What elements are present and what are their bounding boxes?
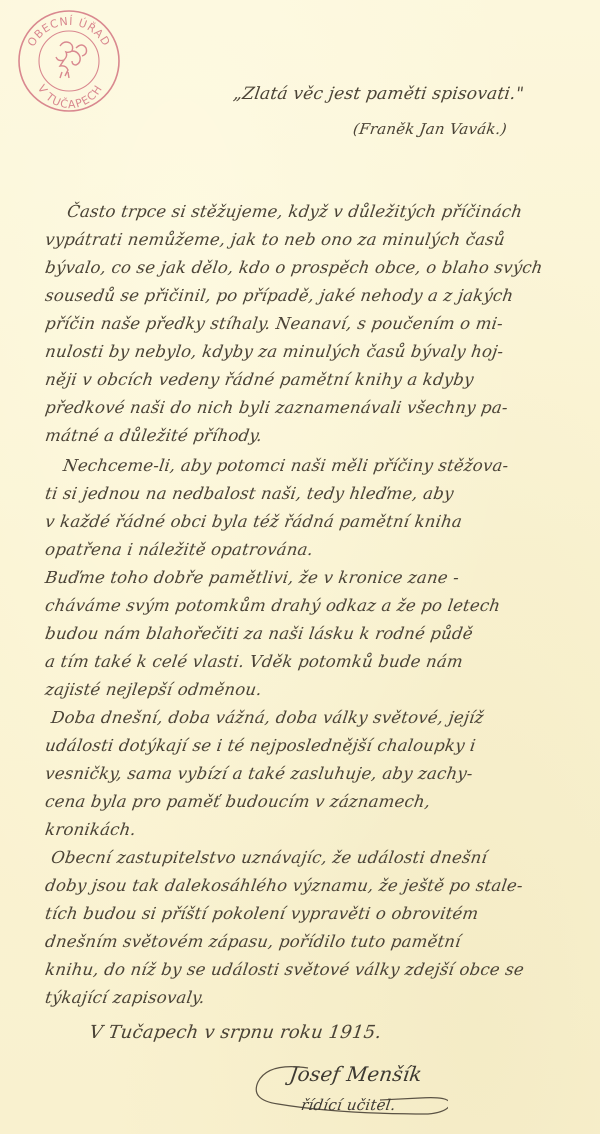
body-line: týkající zapisovaly. bbox=[44, 988, 206, 1007]
body-line: vypátrati nemůžeme, jak to neb ono za mi… bbox=[44, 230, 506, 249]
svg-text:OBECNÍ ÚŘAD: OBECNÍ ÚŘAD bbox=[25, 15, 113, 49]
body-line: cháváme svým potomkům drahý odkaz a že p… bbox=[44, 596, 502, 615]
body-line: v každé řádné obci byla též řádná pamětn… bbox=[44, 512, 463, 531]
body-line: příčin naše předky stíhaly. Neanaví, s p… bbox=[44, 314, 504, 333]
body-line: a tím také k celé vlasti. Vděk potomků b… bbox=[44, 652, 464, 671]
body-line: Obecní zastupitelstvo uznávajíc, že udál… bbox=[50, 848, 488, 867]
body-line: ti si jednou na nedbalost naši, tedy hle… bbox=[44, 484, 455, 503]
stamp-text-bottom: V TUČAPECH bbox=[35, 82, 105, 111]
body-line: Doba dnešní, doba vážná, doba války svět… bbox=[50, 708, 485, 727]
body-line: předkové naši do nich byli zaznamenávali… bbox=[44, 398, 509, 417]
signature-name: Josef Menšík bbox=[288, 1062, 424, 1086]
manuscript-page: OBECNÍ ÚŘAD V TUČAPECH „Zlatá věc jest p… bbox=[0, 0, 600, 1134]
body-line: něji v obcích vedeny řádné pamětní knihy… bbox=[44, 370, 475, 389]
motto-attribution: (Franěk Jan Vavák.) bbox=[352, 120, 508, 138]
body-line: Nechceme-li, aby potomci naši měli příči… bbox=[62, 456, 510, 475]
signature-title: řídící učitel. bbox=[300, 1096, 397, 1114]
body-line: vesničky, sama vybízí a také zasluhuje, … bbox=[44, 764, 474, 783]
place-date: V Tučapech v srpnu roku 1915. bbox=[88, 1022, 383, 1043]
body-line: sousedů se přičinil, po případě, jaké ne… bbox=[44, 286, 515, 305]
body-line: Často trpce si stěžujeme, když v důležit… bbox=[66, 202, 524, 221]
body-line: kronikách. bbox=[44, 820, 137, 839]
body-line: tích budou si příští pokolení vypravěti … bbox=[44, 904, 480, 923]
body-line: bývalo, co se jak dělo, kdo o prospěch o… bbox=[44, 258, 544, 277]
municipal-stamp-icon: OBECNÍ ÚŘAD V TUČAPECH bbox=[14, 6, 124, 116]
body-line: Buďme toho dobře pamětlivi, že v kronice… bbox=[44, 568, 460, 587]
lion-emblem-icon bbox=[56, 42, 87, 78]
svg-text:V TUČAPECH: V TUČAPECH bbox=[35, 82, 105, 111]
body-line: nulosti by nebylo, kdyby za minulých čas… bbox=[44, 342, 505, 361]
body-line: zajisté nejlepší odměnou. bbox=[44, 680, 263, 699]
motto-quote: „Zlatá věc jest paměti spisovati." bbox=[232, 84, 525, 104]
body-line: mátné a důležité příhody. bbox=[44, 426, 264, 445]
body-line: knihu, do níž by se události světové vál… bbox=[44, 960, 525, 979]
body-line: dnešním světovém zápasu, pořídilo tuto p… bbox=[44, 932, 462, 951]
body-line: opatřena i náležitě opatrována. bbox=[44, 540, 314, 559]
body-line: události dotýkají se i té nejposlednější… bbox=[44, 736, 477, 755]
body-line: budou nám blahořečiti za naši lásku k ro… bbox=[44, 624, 474, 643]
body-line: cena byla pro paměť budoucím v záznamech… bbox=[44, 792, 432, 811]
stamp-text-top: OBECNÍ ÚŘAD bbox=[25, 15, 113, 49]
body-line: doby jsou tak dalekosáhlého významu, že … bbox=[44, 876, 524, 895]
